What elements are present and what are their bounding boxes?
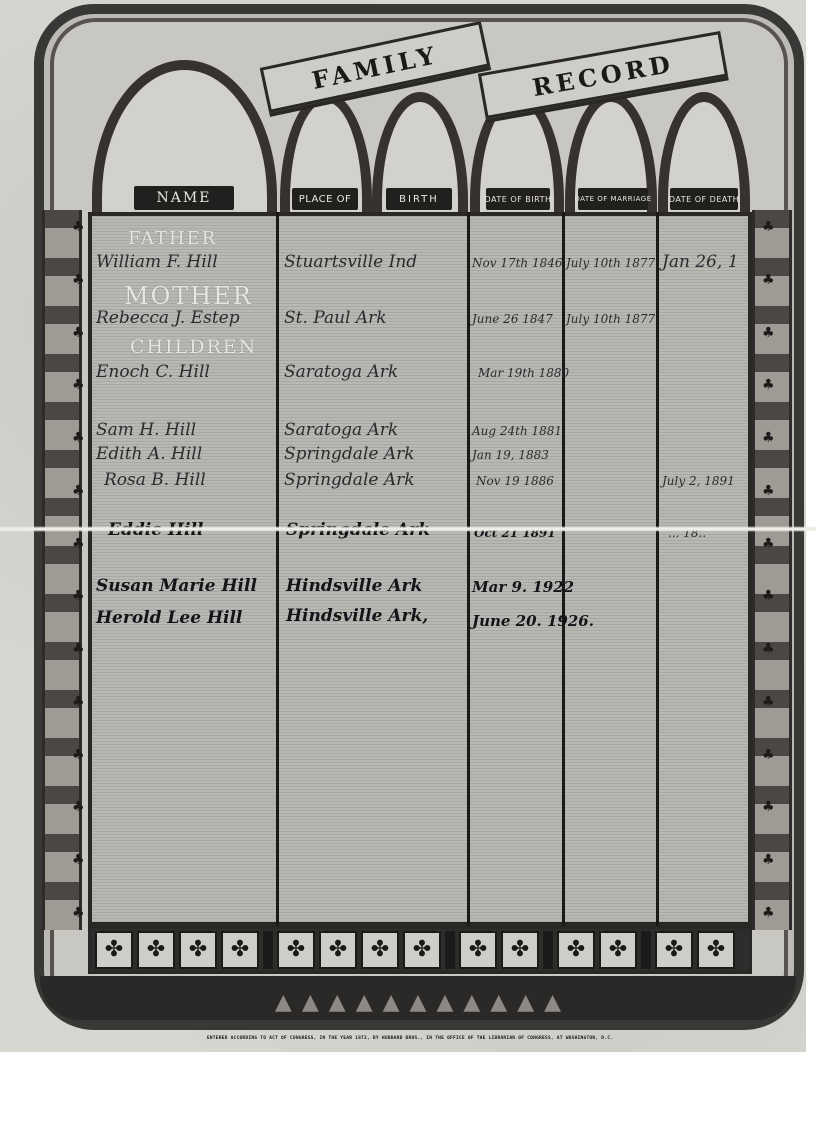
quatrefoil-icon: ✤ [179,931,217,969]
quatrefoil-icon: ✤ [221,931,259,969]
entry-name: Susan Marie Hill [96,576,257,596]
trefoil-icon: ♣ [72,326,86,340]
quatrefoil-icon: ✤ [137,931,175,969]
trefoil-icon: ♣ [72,853,86,867]
spade-ornament-icon: ▲ [544,992,561,1014]
trefoil-icon: ♣ [72,378,86,392]
trefoil-icon: ♣ [762,220,776,234]
trefoil-icon: ♣ [762,695,776,709]
trefoil-icon: ♣ [762,537,776,551]
entry-place: Saratoga Ark [284,362,398,382]
trefoil-icon: ♣ [762,748,776,762]
entry-dob: Mar 19th 1880 [478,366,569,380]
quatrefoil-icon: ✤ [501,931,539,969]
bottom-quatrefoil-band: ✤ ✤ ✤ ✤ ✤ ✤ ✤ ✤ ✤ ✤ ✤ ✤ ✤ ✤ [88,926,752,974]
trefoil-icon: ♣ [72,748,86,762]
entry-place: Stuartsville Ind [284,252,417,272]
column-divider [276,212,279,926]
quatrefoil-icon: ✤ [361,931,399,969]
quatrefoil-icon: ✤ [697,931,735,969]
trefoil-icon: ♣ [762,378,776,392]
spade-ornament-icon: ▲ [356,992,373,1014]
trefoil-icon: ♣ [72,220,86,234]
entry-place: Springdale Ark [284,470,415,490]
column-divider [562,212,565,926]
entry-name: Sam H. Hill [96,420,196,440]
spade-ornament-icon: ▲ [410,992,427,1014]
entry-place: Saratoga Ark [284,420,398,440]
column-header-name: NAME [134,186,234,210]
entry-name: Rosa B. Hill [104,470,206,490]
band-separator [445,931,455,969]
spade-ornament-icon: ▲ [329,992,346,1014]
entry-place: Hindsville Ark [286,576,422,596]
quatrefoil-icon: ✤ [95,931,133,969]
trefoil-icon: ♣ [72,484,86,498]
entry-dob: Nov 17th 1846 [472,256,563,270]
trefoil-icon: ♣ [762,273,776,287]
entry-dom: July 10th 1877 [566,256,655,270]
trefoil-icon: ♣ [72,273,86,287]
entry-dob: Nov 19 1886 [476,474,554,488]
section-label-children: CHILDREN [130,336,257,358]
trefoil-icon: ♣ [762,589,776,603]
entry-place: Hindsville Ark, [286,606,428,626]
entry-dod: July 2, 1891 [662,474,735,488]
band-separator [641,931,651,969]
entry-dom: July 10th 1877 [566,312,655,326]
spade-ornament-icon: ▲ [436,992,453,1014]
column-divider [467,212,470,926]
trefoil-icon: ♣ [72,906,86,920]
section-label-father: FATHER [128,228,217,249]
column-header-birth: BIRTH [386,188,452,210]
trefoil-icon: ♣ [72,537,86,551]
entry-dob: June 20. 1926. [472,612,594,630]
column-header-date-of-birth: DATE OF BIRTH [486,188,550,210]
trefoil-icon: ♣ [72,800,86,814]
column-header-date-of-death: DATE OF DEATH [670,188,738,210]
trefoil-icon: ♣ [72,695,86,709]
trefoil-icon: ♣ [762,326,776,340]
spade-ornament-icon: ▲ [383,992,400,1014]
column-header-date-of-marriage: DATE OF MARRIAGE [578,188,648,210]
column-divider [656,212,659,926]
entry-dob: Mar 9. 1922 [472,578,574,596]
trefoil-icon: ♣ [762,484,776,498]
right-trefoil-column: ♣♣♣♣♣♣♣♣♣♣♣♣♣♣ [762,220,776,920]
quatrefoil-icon: ✤ [655,931,693,969]
trefoil-icon: ♣ [762,853,776,867]
spade-ornament-icon: ▲ [463,992,480,1014]
column-header-place-of: PLACE OF [292,188,358,210]
entry-dod: Jan 26, 1 [662,252,739,272]
trefoil-icon: ♣ [762,642,776,656]
quatrefoil-icon: ✤ [403,931,441,969]
trefoil-icon: ♣ [72,589,86,603]
entry-dob: Jan 19, 1883 [472,448,549,462]
entry-dob: June 26 1847 [472,312,553,326]
trefoil-icon: ♣ [762,906,776,920]
section-label-mother: MOTHER [124,282,253,310]
entry-name: Edith A. Hill [96,444,202,464]
entry-dob: Aug 24th 1881 [472,424,562,438]
entry-place: St. Paul Ark [284,308,387,328]
spade-ornament-icon: ▲ [275,992,292,1014]
quatrefoil-icon: ✤ [599,931,637,969]
trefoil-icon: ♣ [72,431,86,445]
entry-name: Herold Lee Hill [96,608,242,628]
copyright-notice: Entered according to act of Congress, in… [60,1036,760,1041]
quatrefoil-icon: ✤ [319,931,357,969]
quatrefoil-icon: ✤ [557,931,595,969]
paper-tear [0,526,816,532]
spade-ornament-icon: ▲ [517,992,534,1014]
entry-name: William F. Hill [96,252,218,272]
trefoil-icon: ♣ [72,642,86,656]
trefoil-icon: ♣ [762,431,776,445]
bottom-scalloped-border: ▲▲▲▲▲▲▲▲▲▲▲ [40,976,796,1020]
left-trefoil-column: ♣♣♣♣♣♣♣♣♣♣♣♣♣♣ [72,220,86,920]
entry-name: Rebecca J. Estep [96,308,240,328]
trefoil-icon: ♣ [762,800,776,814]
spade-ornament-icon: ▲ [490,992,507,1014]
quatrefoil-icon: ✤ [459,931,497,969]
band-separator [543,931,553,969]
quatrefoil-icon: ✤ [277,931,315,969]
spade-ornament-icon: ▲ [302,992,319,1014]
band-separator [263,931,273,969]
entry-place: Springdale Ark [284,444,415,464]
entry-name: Enoch C. Hill [96,362,210,382]
